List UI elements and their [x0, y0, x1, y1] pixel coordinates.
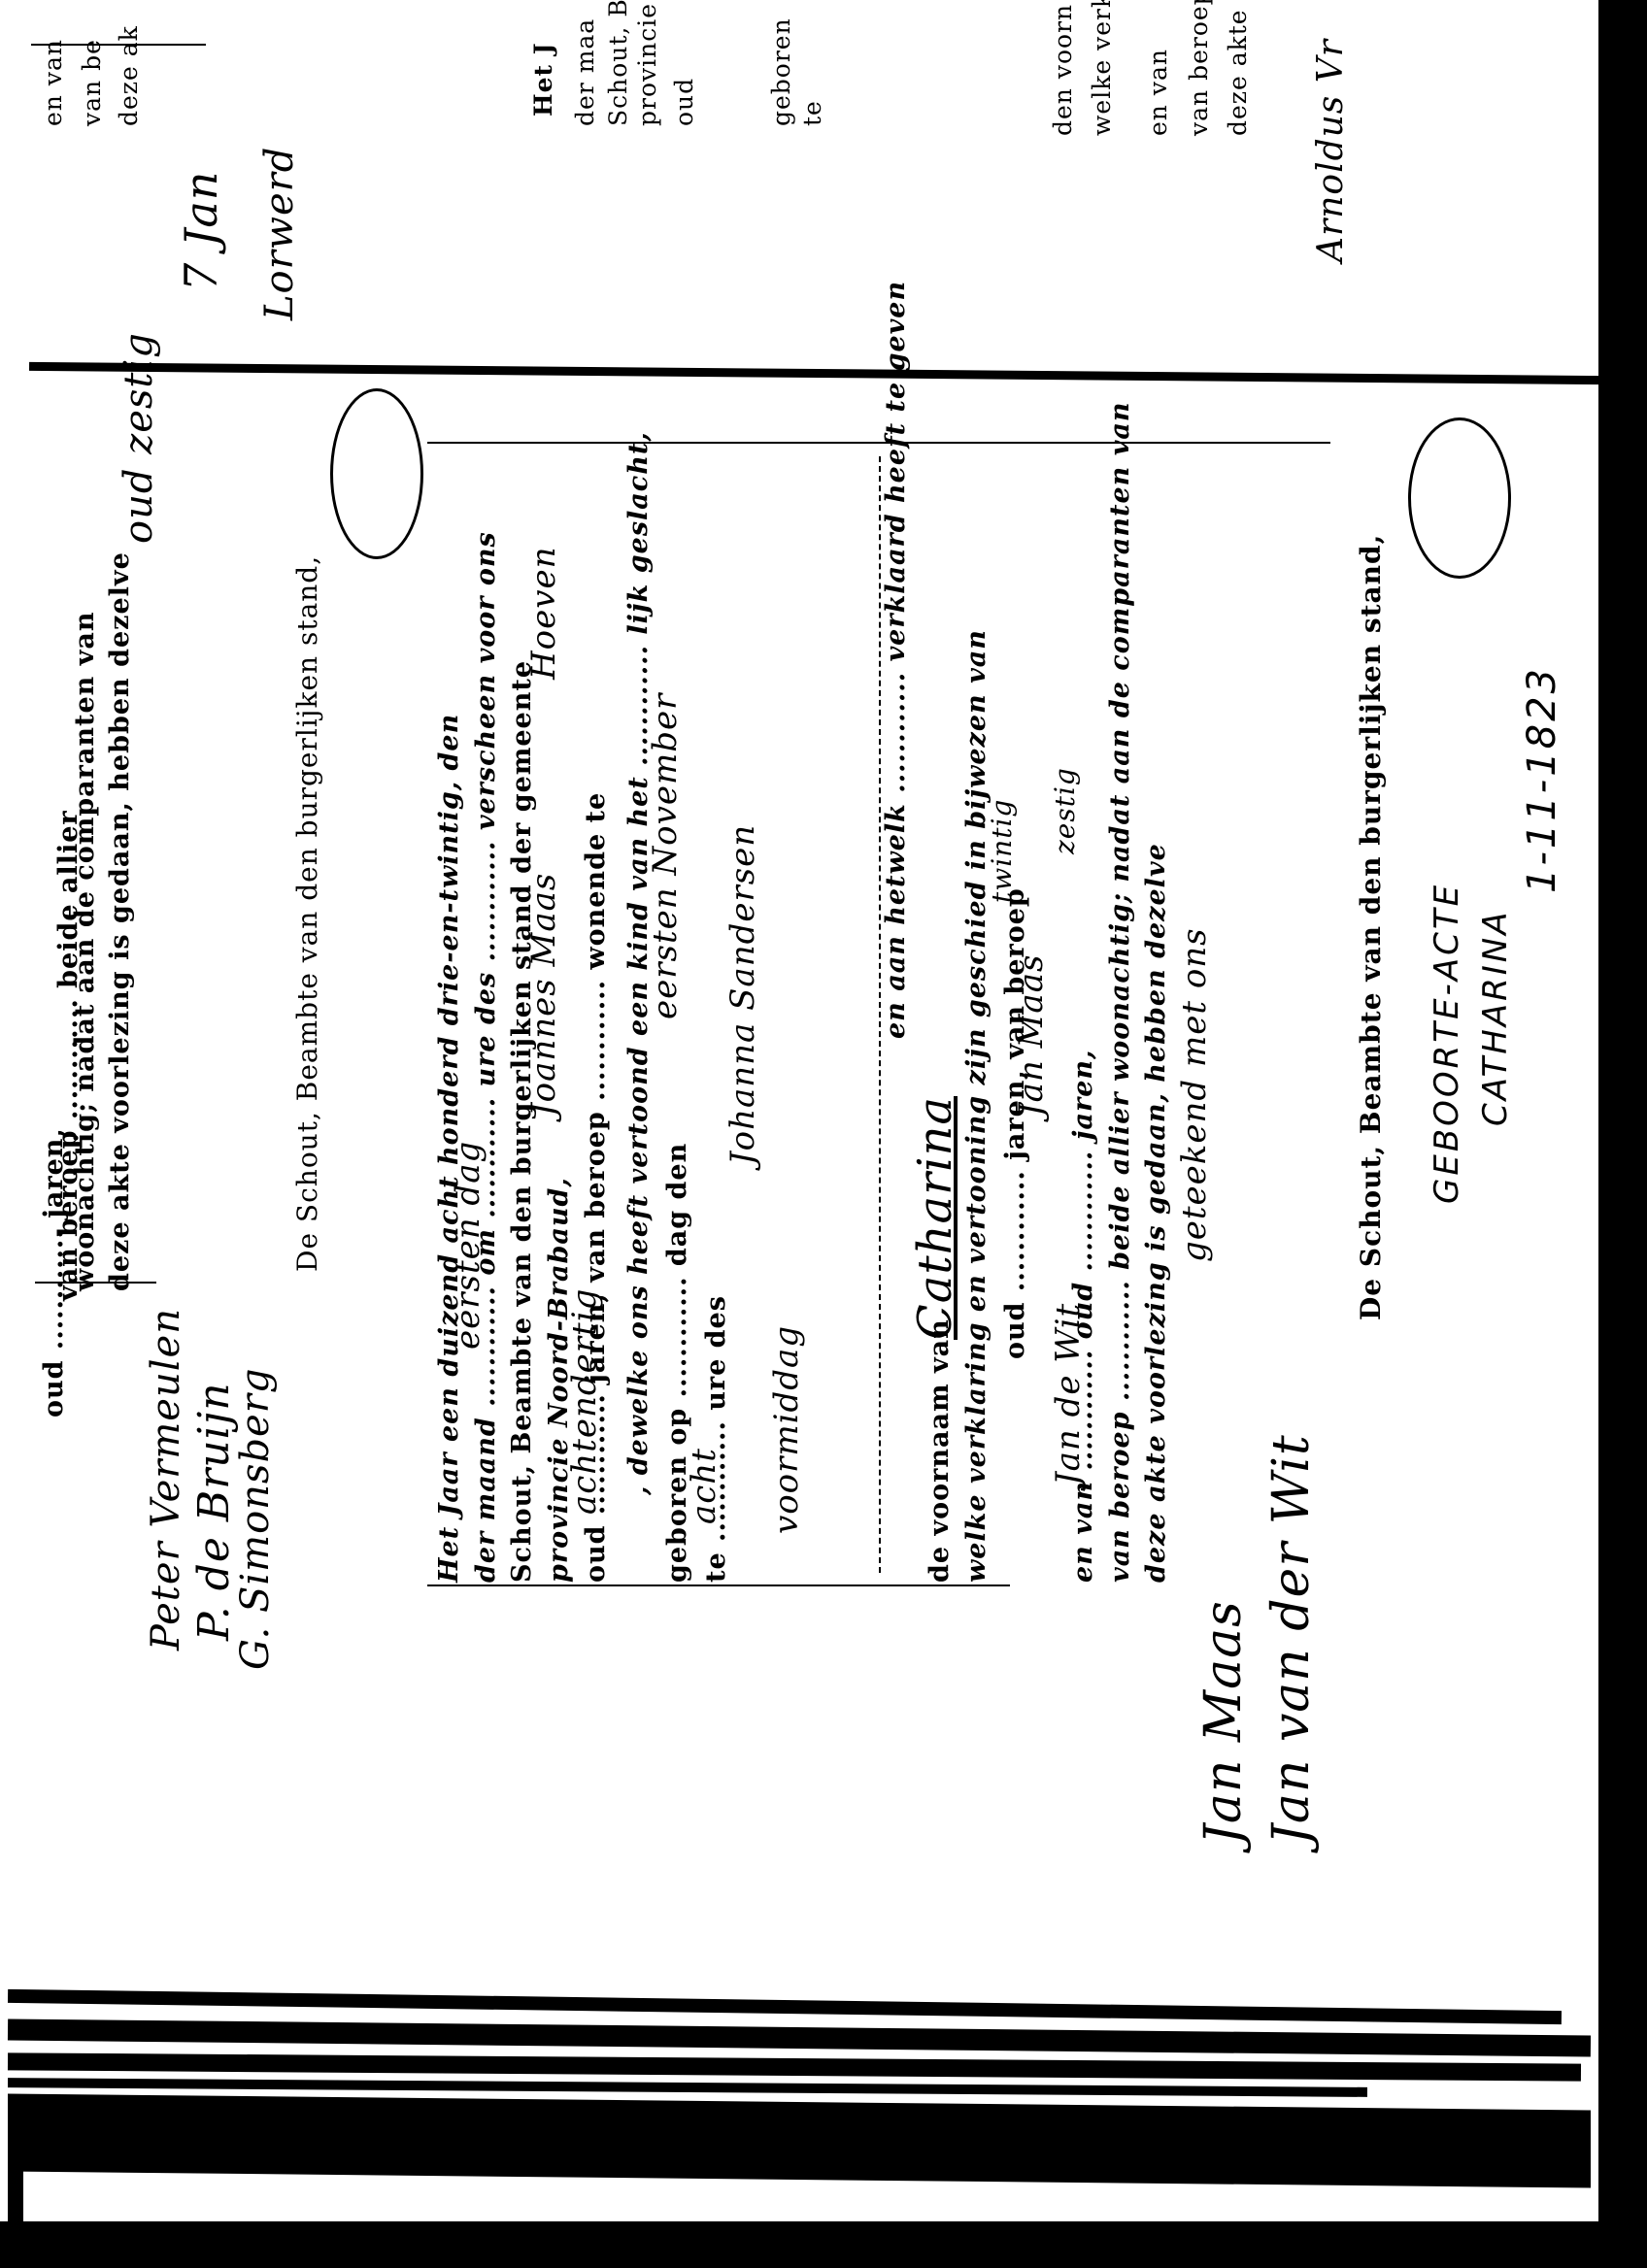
right-partial-line-14: van beroep — [1185, 0, 1213, 136]
left-witness-signature-2: P. de Bruijn — [189, 1382, 239, 1641]
scan-edge-right — [1598, 0, 1647, 2268]
record-line-residence: van beroep ............ beide allier woo… — [1105, 401, 1135, 1583]
fill-witness2: Jan de Wit — [1049, 1303, 1088, 1485]
fill-closing: geteekend met ons — [1175, 927, 1214, 1262]
fill-birth-hour: acht — [685, 1448, 723, 1524]
right-partial-line-15: deze akte — [1224, 9, 1252, 136]
right-partial-hand-1: 7 Jan — [175, 171, 227, 291]
page-edge-rule-middle — [29, 362, 1602, 384]
right-partial-line-11: den voorn — [1049, 4, 1077, 136]
left-witness-signature-1: Peter Vermeulen — [144, 1308, 188, 1651]
right-partial-line-8: oud — [670, 78, 698, 126]
right-partial-line-3: deze ak — [115, 25, 143, 126]
right-partial-line-9: geboren — [767, 17, 795, 126]
record-line-month: der maand ............ om ............ u… — [471, 531, 501, 1583]
record-line-firstname: de voornaam van — [924, 1318, 955, 1583]
bottom-signature-2: Jan van der Wit — [1262, 1434, 1321, 1845]
book-spine-binding — [0, 1903, 1602, 2223]
fill-witness1: Jan Maas — [1012, 954, 1051, 1117]
bottom-signature-1: Jan Maas — [1194, 1600, 1253, 1845]
right-partial-line-2: van be — [78, 39, 106, 126]
right-partial-line-5: der maa — [571, 18, 599, 126]
left-handwriting-1: oud zestig — [117, 332, 161, 544]
left-officer-label: De Schout, Beambte van den burgerlijken … — [291, 555, 323, 1272]
left-line-4: van beroep ............ beide allier — [53, 810, 84, 1301]
annotation-title: GEBOORTE-ACTE — [1428, 883, 1466, 1204]
record-line-closing: deze akte voorlezing is gedaan, hebben d… — [1141, 843, 1171, 1583]
record-line-declared-name: en aan hetwelk ............ verklaard he… — [881, 281, 911, 1039]
main-officer-signature-flourish — [1408, 417, 1511, 579]
right-partial-line-1: en van — [39, 39, 67, 126]
right-partial-line-4: Het J — [529, 42, 557, 117]
record-line-hour: te ............ ure des — [701, 1295, 731, 1583]
fill-witness1-age: twintig — [986, 799, 1018, 903]
right-partial-line-12: welke verk — [1088, 0, 1116, 136]
fill-date: eersten dag — [449, 1141, 487, 1350]
left-line-3: deze akte voorlezing is gedaan, hebben d… — [105, 551, 135, 1291]
fill-birth-date: eersten November — [646, 693, 685, 1019]
record-line-official: Schout, Beambte van den burgerlijken sta… — [507, 660, 537, 1583]
left-officer-signature-flourish — [330, 388, 423, 559]
main-officer-label: De Schout, Beambte van den burgerlijken … — [1355, 534, 1387, 1320]
fill-father-age: achtendertig — [565, 1288, 604, 1515]
main-record-frame-top — [427, 442, 1330, 444]
fill-mother: Johanna Sandersen — [723, 824, 762, 1165]
right-partial-hand-3: Arnoldus Vr — [1311, 39, 1351, 262]
annotation-date: 1-11-1823 — [1520, 666, 1564, 893]
fill-municipality: Hoeven — [524, 547, 563, 680]
right-partial-line-6: Schout, B — [604, 0, 632, 126]
right-partial-line-13: en van — [1144, 49, 1172, 136]
scan-edge-bottom — [0, 2221, 1647, 2268]
right-partial-line-7: provincie — [633, 3, 661, 126]
annotation-name: CATHARINA — [1476, 910, 1515, 1126]
right-partial-line-10: te — [798, 100, 826, 126]
fill-child-name: Catharina — [908, 1096, 962, 1340]
fill-father: Joannes Maas — [524, 873, 563, 1117]
left-witness-signature-3: G. Simonsberg — [233, 1368, 278, 1670]
right-partial-hand-2: Lorwerd — [257, 147, 302, 320]
fill-birth-detail: voormiddag — [767, 1325, 806, 1534]
main-record-frame-bottom — [427, 1584, 1010, 1586]
fill-witness2-age: zestig — [1049, 767, 1081, 854]
record-line-declaration: welke verklaring en vertooning zijn gesc… — [961, 629, 992, 1583]
